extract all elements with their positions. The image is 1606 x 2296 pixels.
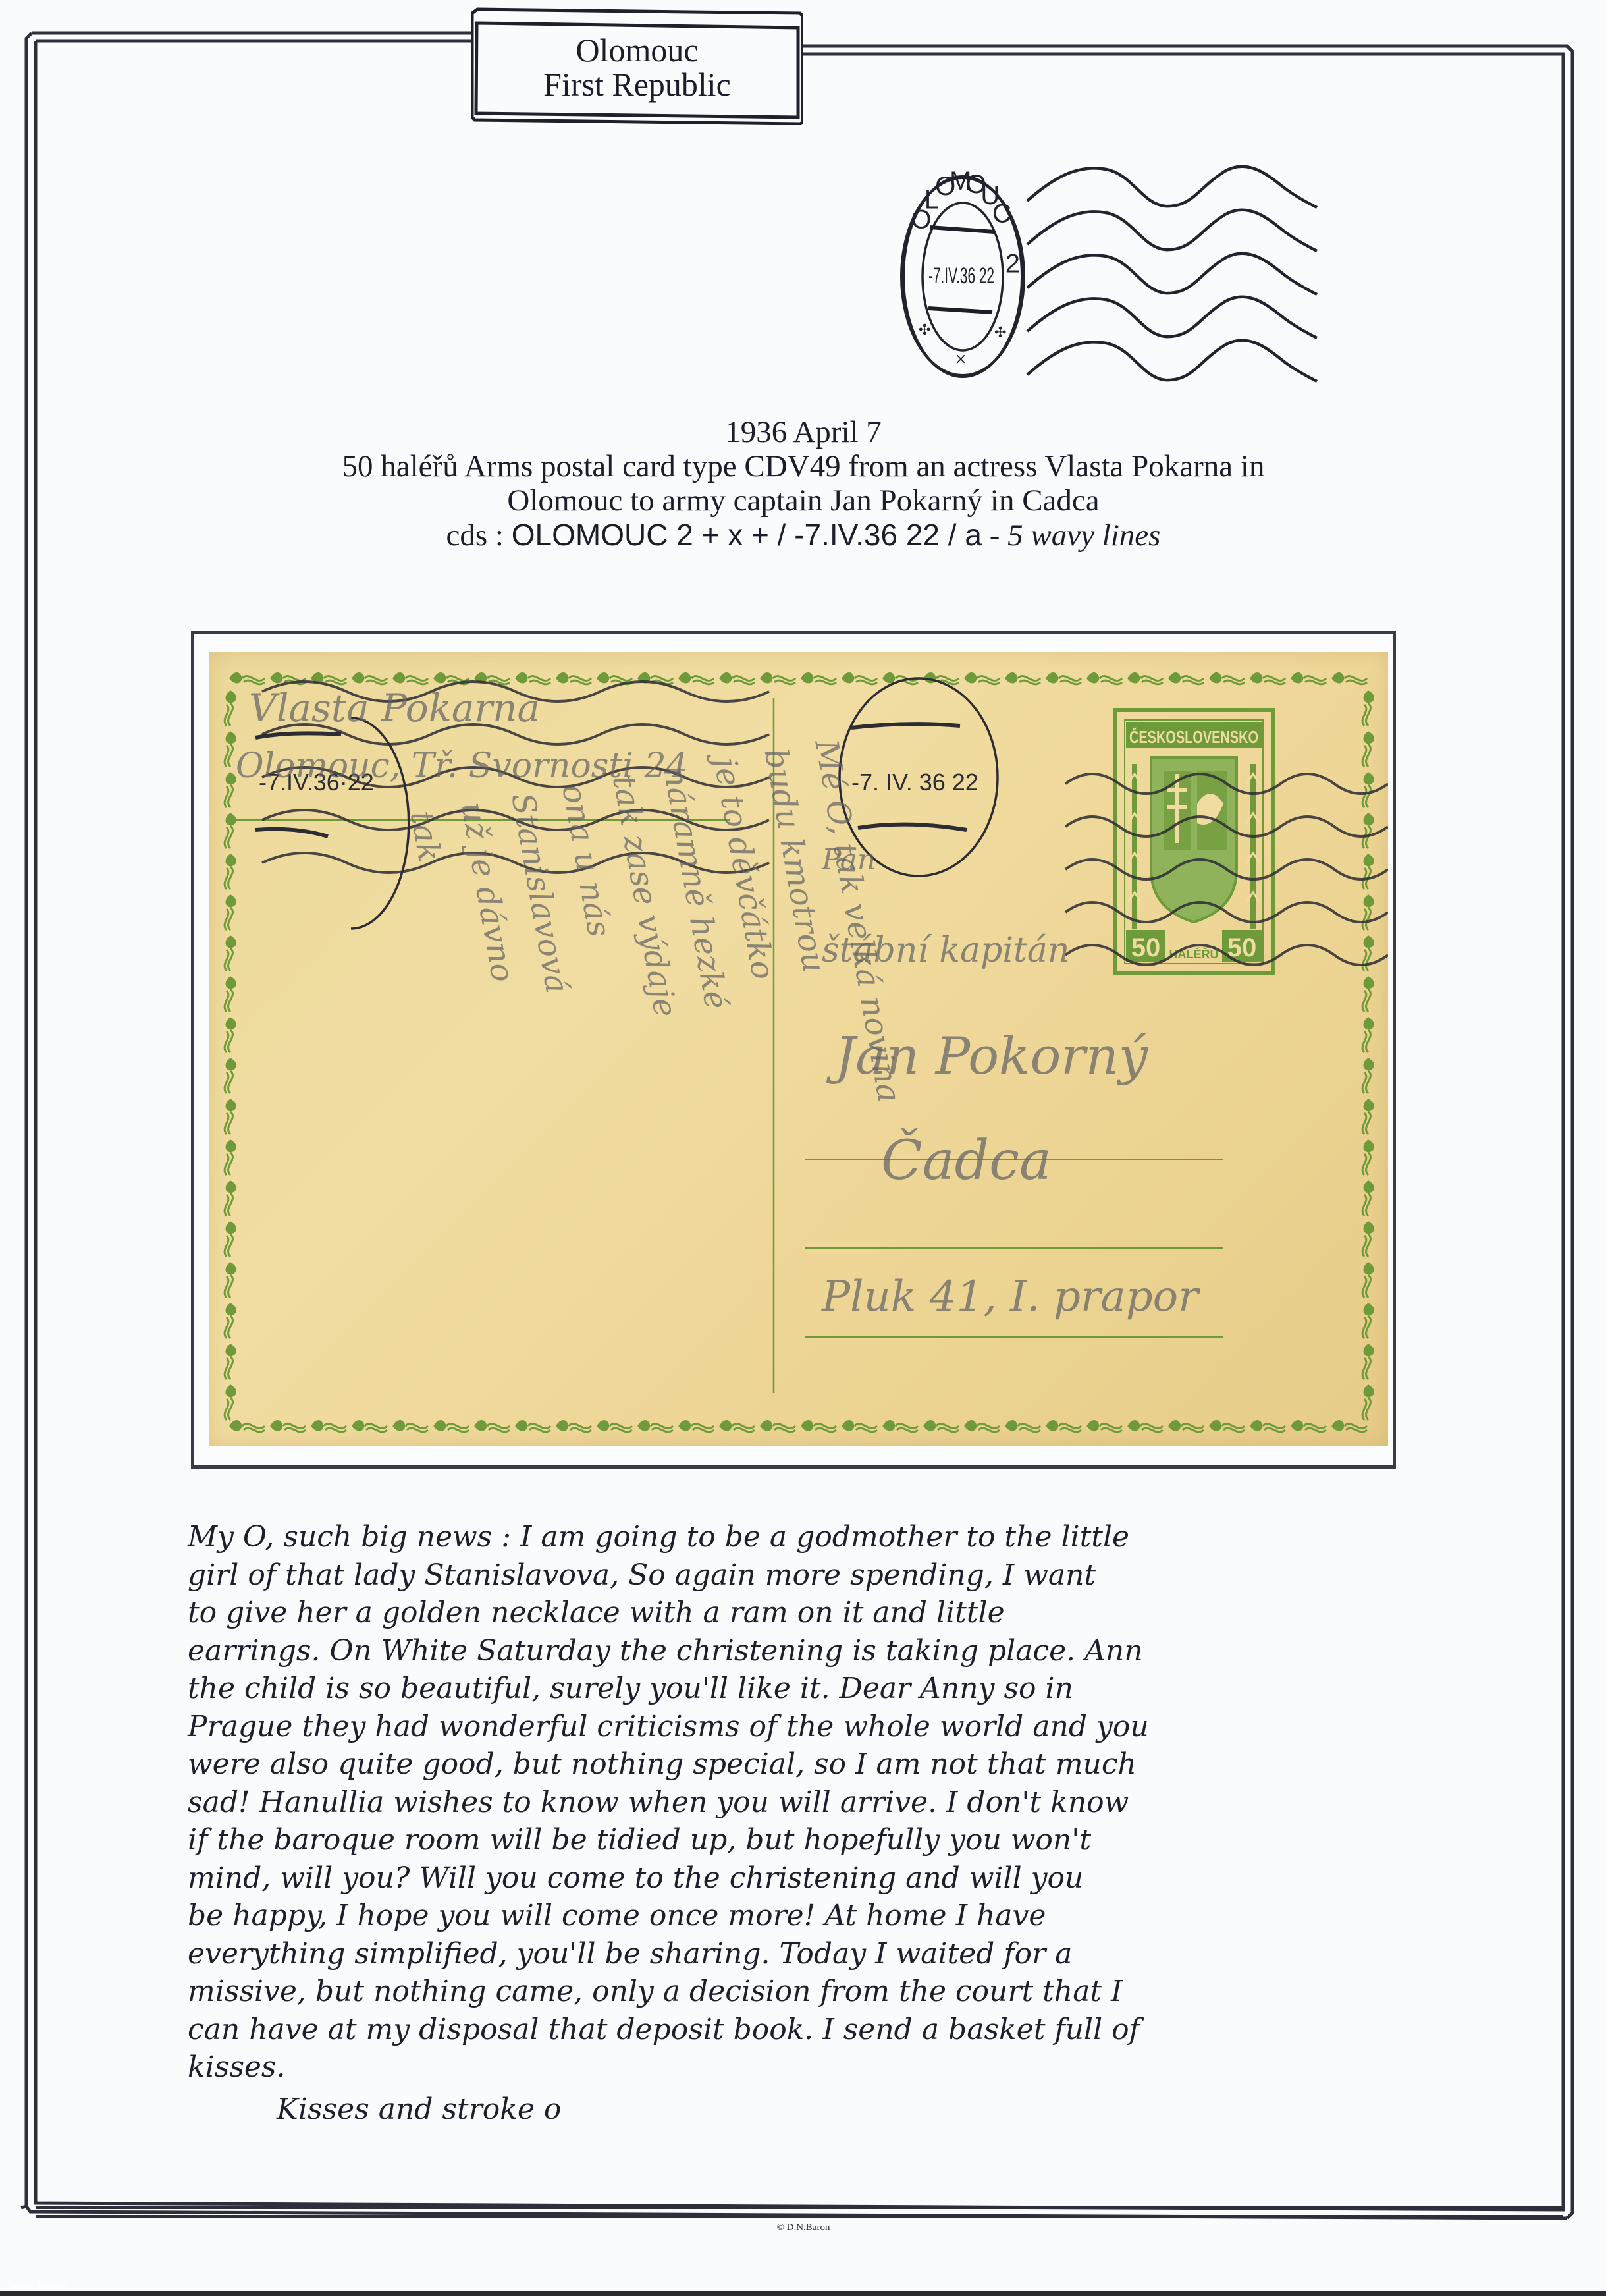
postmark-icon: OLOMOUC 2 -7.IV.36 22 ✣ ✣ × (901, 167, 1024, 377)
letter-line: were also quite good, but nothing specia… (188, 1745, 1426, 1784)
title-period: First Republic (471, 67, 803, 101)
svg-text:×: × (955, 351, 967, 368)
letter-line: everything simplified, you'll be sharing… (188, 1935, 1426, 1973)
svg-text:50: 50 (1131, 933, 1161, 962)
page-title: Olomouc First Republic (471, 33, 803, 101)
letter-body: My O, such big news : I am going to be a… (188, 1518, 1426, 2087)
cds-label: cds : (446, 518, 512, 553)
svg-text:Pluk 41, I. prapor: Pluk 41, I. prapor (821, 1272, 1200, 1321)
letter-line: if the baroque room will be tidied up, b… (188, 1821, 1426, 1859)
svg-text:Vlasta Pokarna: Vlasta Pokarna (249, 686, 540, 730)
caption-description-1: 50 haléřů Arms postal card type CDV49 fr… (171, 449, 1435, 483)
svg-text:✣: ✣ (994, 325, 1006, 341)
caption-cds: cds : OLOMOUC 2 + x + / -7.IV.36 22 / a … (171, 518, 1435, 553)
letter-line: Prague they had wonderful criticisms of … (188, 1708, 1426, 1746)
letter-line: missive, but nothing came, only a decisi… (188, 1973, 1426, 2011)
letter-line: kisses. (188, 2048, 1426, 2087)
svg-text:-7.IV.36 22: -7.IV.36 22 (928, 263, 994, 288)
watermark: Derek Baron (5, 2280, 67, 2292)
letter-translation: My O, such big news : I am going to be a… (188, 1518, 1426, 2128)
title-box: Olomouc First Republic (471, 7, 803, 124)
svg-text:ČESKOSLOVENSKO: ČESKOSLOVENSKO (1129, 727, 1258, 747)
scan-edge (0, 2291, 1606, 2296)
letter-line: the child is so beautiful, surely you'll… (188, 1670, 1426, 1708)
svg-text:tak: tak (403, 808, 448, 865)
letter-line: mind, will you? Will you come to the chr… (188, 1859, 1426, 1898)
svg-text:✣: ✣ (919, 322, 930, 339)
cancellation-illustration: OLOMOUC 2 -7.IV.36 22 ✣ ✣ × (889, 145, 1547, 408)
copyright: © D.N.Baron (724, 2222, 882, 2233)
postal-card-artwork: ČESKOSLOVENSKO 50 50 HALÉŘŮ -7.IV.36·22 … (209, 652, 1388, 1446)
letter-line: sad! Hanullia wishes to know when you wi… (188, 1784, 1426, 1822)
cds-note: - 5 wavy lines (982, 518, 1161, 553)
stamp-imprint: ČESKOSLOVENSKO 50 50 HALÉŘŮ (1115, 710, 1273, 973)
cds-value: OLOMOUC 2 + x + / -7.IV.36 22 / a (512, 518, 982, 552)
caption-description-2: Olomouc to army captain Jan Pokarný in C… (171, 483, 1435, 518)
svg-text:Čadca: Čadca (881, 1128, 1052, 1192)
letter-line: earrings. On White Saturday the christen… (188, 1632, 1426, 1670)
svg-text:-7. IV. 36 22: -7. IV. 36 22 (851, 769, 978, 796)
letter-line: to give her a golden necklace with a ram… (188, 1594, 1426, 1632)
letter-line: My O, such big news : I am going to be a… (188, 1518, 1426, 1556)
letter-line: girl of that lady Stanislavova, So again… (188, 1556, 1426, 1595)
svg-text:OLOMOUC 2: OLOMOUC 2 (911, 167, 1020, 278)
caption-date: 1936 April 7 (171, 415, 1435, 449)
title-city: Olomouc (471, 33, 803, 67)
wavy-lines-icon (1027, 167, 1317, 381)
letter-line: can have at my disposal that deposit boo… (188, 2011, 1426, 2049)
letter-line: be happy, I hope you will come once more… (188, 1897, 1426, 1935)
letter-signature: Kisses and stroke o (188, 2091, 1426, 2129)
